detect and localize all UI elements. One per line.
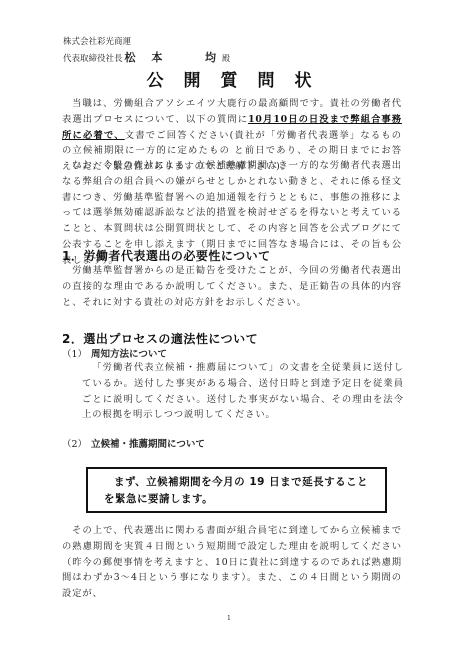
subsection-2-1-label: 周知方法について [91,349,167,360]
subsection-2-1-number: （1） [62,349,87,360]
rep-name: 松 本 均 [125,51,223,64]
subsection-2-1-text: 「労働者代表立候補・推薦届について」の文書を全従業員に送付しているか。送付した事… [82,362,404,420]
section-1-heading: 1．労働者代表選出の必要性について [62,247,271,264]
section-1-body: 労働基準監督署からの是正勧告を受けたことが、今回の労働者代表選出の直接的な理由で… [62,263,402,310]
subsection-2-2-heading: （2）立候補・推薦期間について [62,436,205,450]
subsection-2-1-body: 「労働者代表立候補・推薦届について」の文書を全従業員に送付しているか。送付した事… [82,360,404,423]
extension-request-callout: まず、立候補期間を今月の 19 日まで延長することを緊急に要請します。 [86,467,387,513]
subsection-2-2-body: その上で、代表選出に関わる書面が組合員宅に到達してから立候補までの熟慮期間を実質… [62,523,402,602]
rep-title: 代表取締役社長 [63,54,123,64]
honorific: 殿 [222,54,230,63]
document-title: 公開質問状 [0,66,458,91]
addressee-company: 株式会社彩光商運 [63,36,131,48]
section-2-heading: 2．選出プロセスの適法性について [62,330,258,347]
document-page: 株式会社彩光商運 代表取締役社長松 本 均殿 公開質問状 当職は、労働組合アソシ… [0,0,458,650]
subsection-2-2-label: 立候補・推薦期間について [91,439,205,450]
subsection-2-2-number: （2） [62,439,87,450]
addressee-representative: 代表取締役社長松 本 均殿 [63,52,230,65]
subsection-2-2-text: その上で、代表選出に関わる書面が組合員宅に到達してから立候補までの熟慮期間を実質… [62,525,402,599]
subsection-2-1-heading: （1）周知方法について [62,346,167,360]
page-number: 1 [0,614,458,622]
callout-text: まず、立候補期間を今月の 19 日まで延長することを緊急に要請します。 [104,476,368,505]
section-1-text: 労働基準監督署からの是正勧告を受けたことが、今回の労働者代表選出の直接的な理由で… [62,265,402,308]
